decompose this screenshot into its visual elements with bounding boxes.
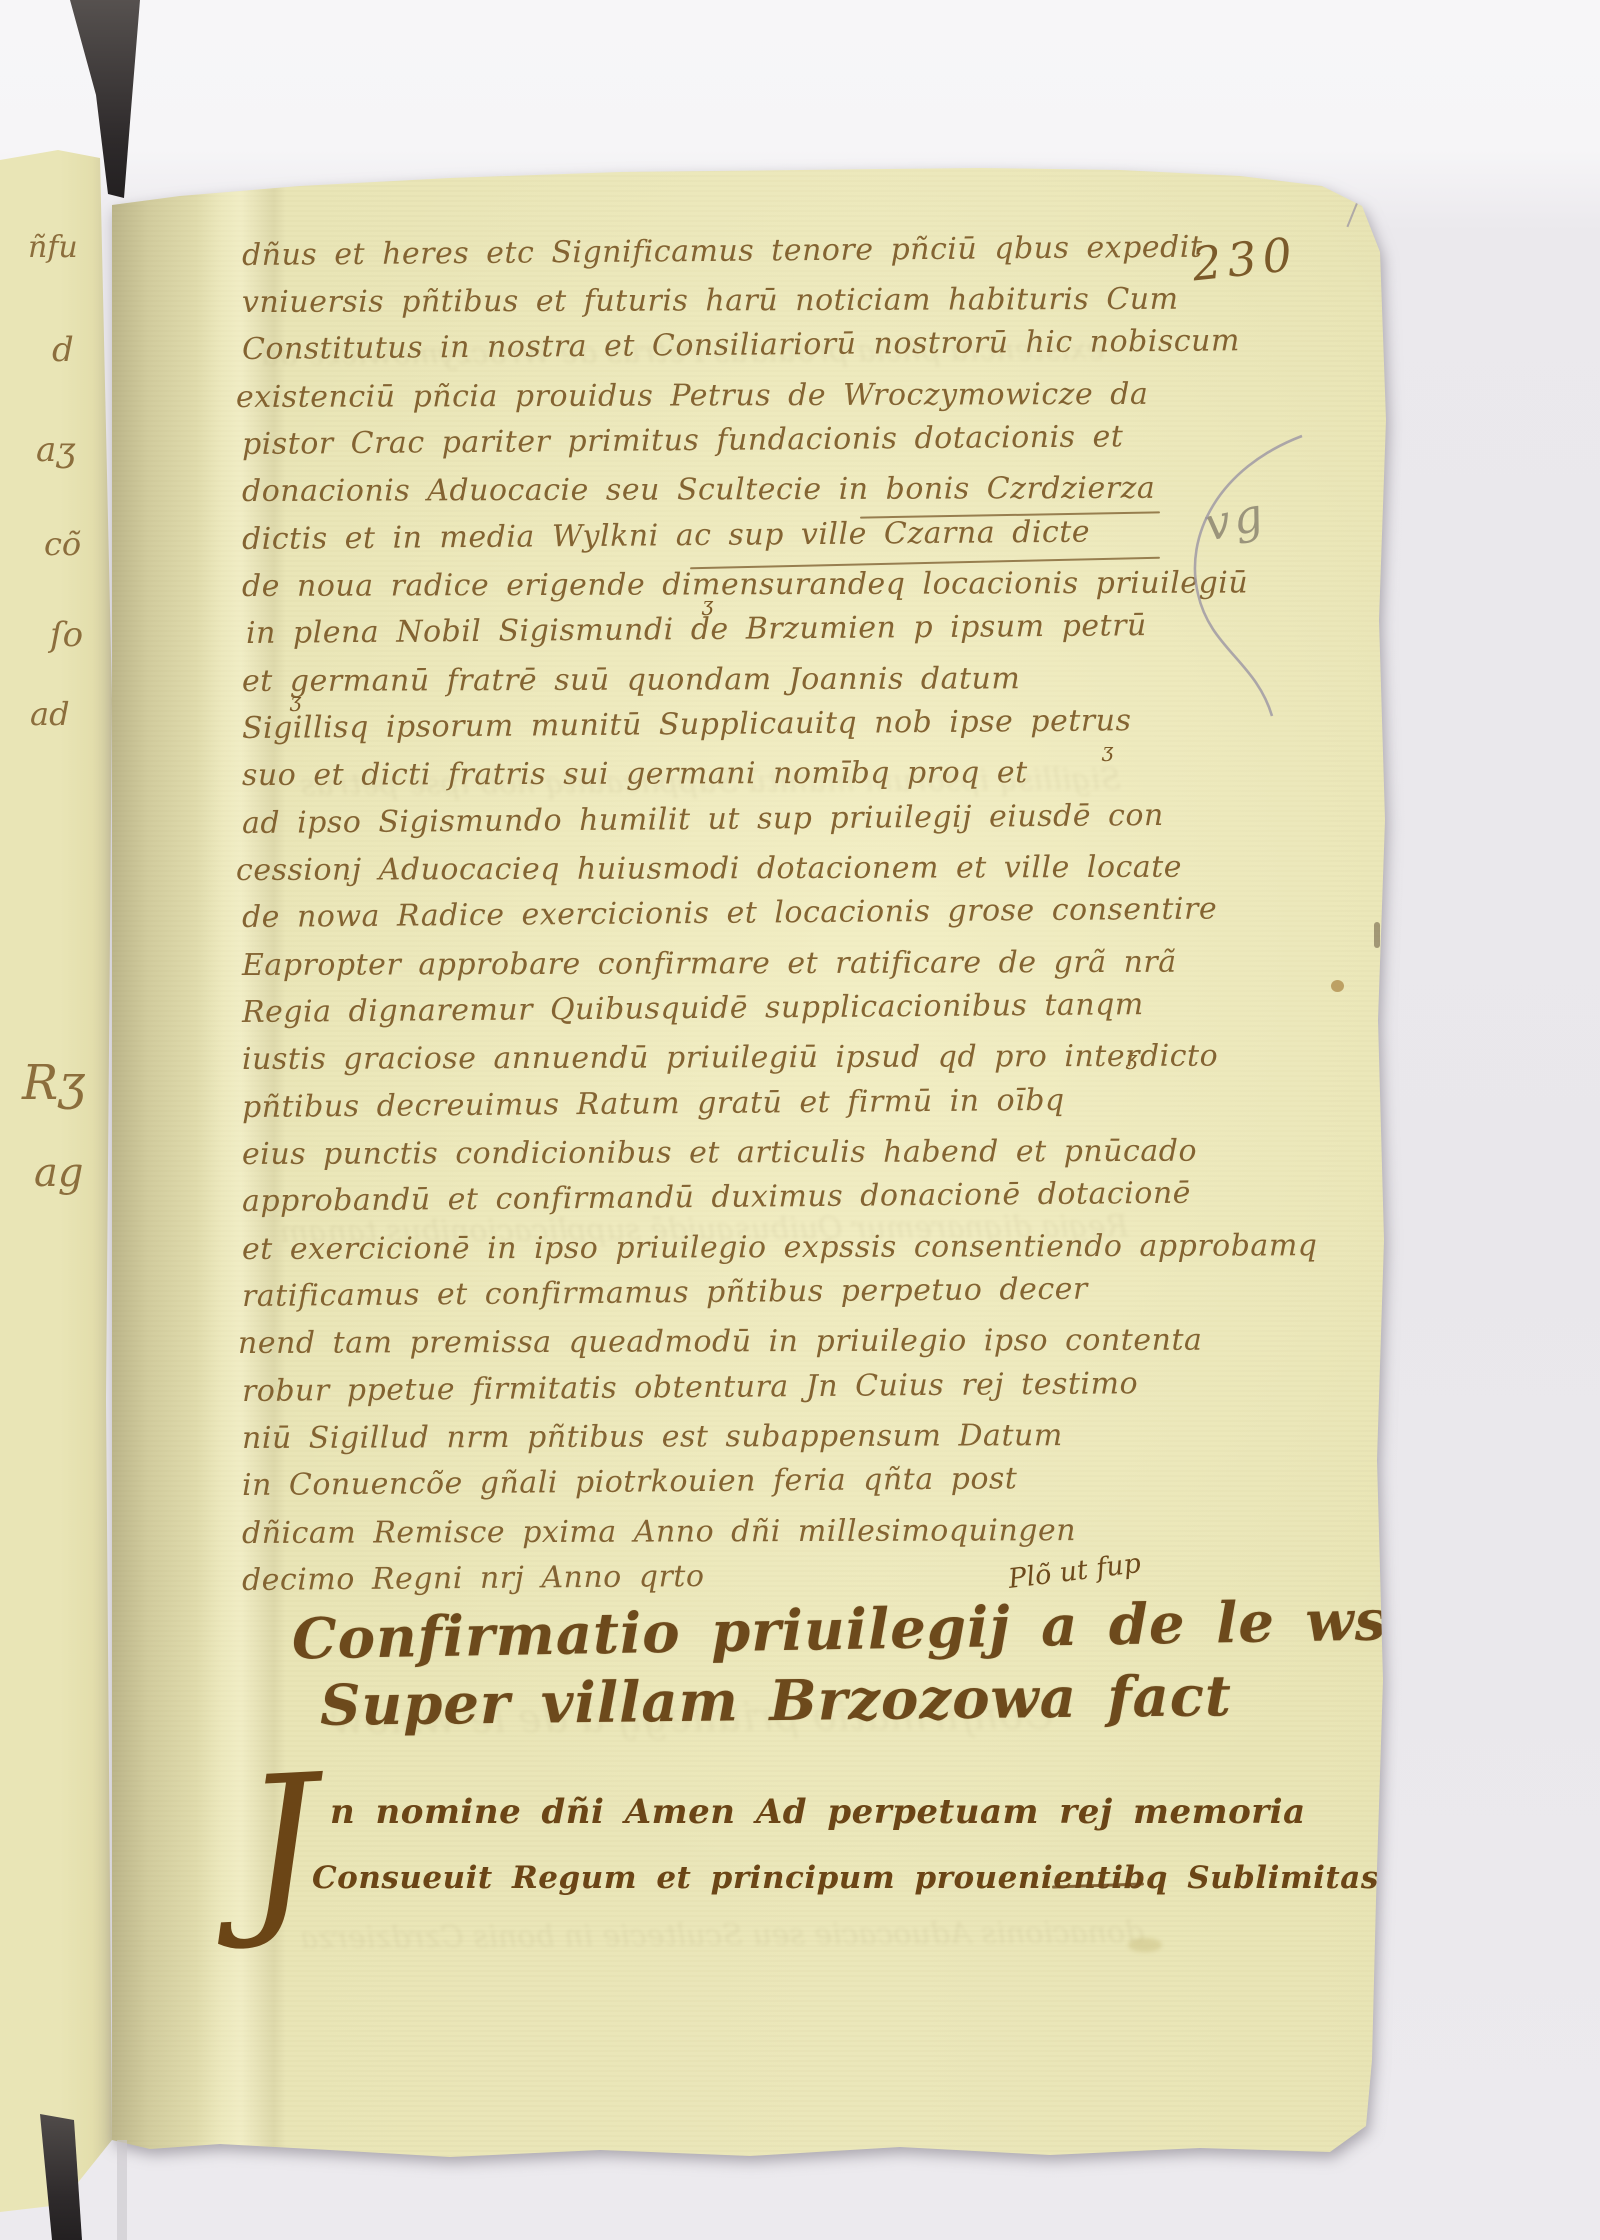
text-line: pñtibus decreuimus Ratum gratū et firmū … [242,1083,1065,1125]
gutter-shadow-below-page [117,2140,127,2240]
showthrough-text: donacionis Aduocacie seu Scultecie in bo… [300,1915,1144,1956]
text-line: Sigillisq ipsorum munitū Supplicauitq no… [242,703,1132,746]
text-line: in Conuencõe gñali piotrkouien feria qñt… [242,1461,1018,1503]
parchment-stain [1128,1938,1162,1952]
text-line: de nowa Radice exercicionis et locacioni… [242,891,1217,935]
abbreviation-mark: ʒ [1126,1046,1137,1070]
text-line: eius punctis condicionibus et articulis … [242,1134,1197,1172]
manuscript-photo: { "ms": { "page_number": "230", "margin_… [0,0,1600,2240]
pencil-tick-mark [1346,199,1359,228]
text-line: dñus et heres etc Significamus tenore pñ… [242,230,1203,273]
abbreviation-mark: ʒ [1102,738,1113,762]
text-line: de noua radice erigende dimensurandeq lo… [242,565,1248,604]
text-line: robur ppetue firmitatis obtentura Jn Cui… [242,1366,1138,1409]
text-line: et germanū fratrē suū quondam Joannis da… [242,661,1020,699]
text-line: cessionj Aduocacieq huiusmodi dotacionem… [236,850,1182,888]
closing-line-1: n nomine dñi Amen Ad perpetuam rej memor… [330,1792,1306,1832]
heading-line-2: Super villam Brzozowa fact [320,1663,1232,1739]
text-line: iustis graciose annuendū priuilegiū ipsu… [242,1039,1218,1077]
closing-line-2: Consueuit Regum et principum prouenienti… [312,1860,1379,1896]
text-line: decimo Regni nrj Anno qrto [242,1559,705,1598]
text-line: suo et dicti fratris sui germani nomībq … [242,755,1028,793]
heading-line-1: Confirmatio priuilegij a de le wslow [292,1585,1498,1672]
text-line: dictis et in media Wylkni ac sup ville C… [242,515,1090,557]
text-line: nend tam premissa queadmodū in priuilegi… [238,1323,1202,1361]
text-line: donacionis Aduocacie seu Scultecie in bo… [242,471,1155,509]
text-line: Regia dignaremur Quibusquidē supplicacio… [242,987,1144,1030]
text-line: et exercicionē in ipso priuilegio expssi… [242,1228,1318,1267]
text-line: ad ipso Sigismundo humilit ut sup priuil… [242,798,1164,841]
text-line: existenciū pñcia prouidus Petrus de Wroc… [236,377,1148,415]
manuscript-page: existenciū pñcia prouidus Petrus de Wroc… [0,0,1600,2240]
abbreviation-mark: ʒ [290,688,301,712]
text-line: ratificamus et confirmamus pñtibus perpe… [242,1272,1088,1314]
interlinear-note: Plõ ut fup [1007,1548,1143,1595]
edge-speck [1374,922,1380,948]
drop-cap-initial: J [239,1750,323,1939]
page-number: 230 [1189,227,1300,292]
text-line: vniuersis pñtibus et futuris harū notici… [242,282,1179,320]
text-line: niū Sigillud nrm pñtibus est subappensum… [242,1418,1063,1456]
manuscript-page-wrap: existenciū pñcia prouidus Petrus de Wroc… [0,0,1600,2240]
ink-stain [1331,980,1344,992]
margin-note: vg [1199,486,1270,552]
text-line: in plena Nobil Sigismundi de Brzumien p … [246,608,1147,651]
text-line: Eapropter approbare confirmare et ratifi… [242,945,1177,983]
text-line: dñicam Remisce pxima Anno dñi millesimoq… [242,1513,1076,1551]
abbreviation-mark: ʒ [702,592,713,616]
text-line: pistor Crac pariter primitus fundacionis… [242,419,1124,462]
